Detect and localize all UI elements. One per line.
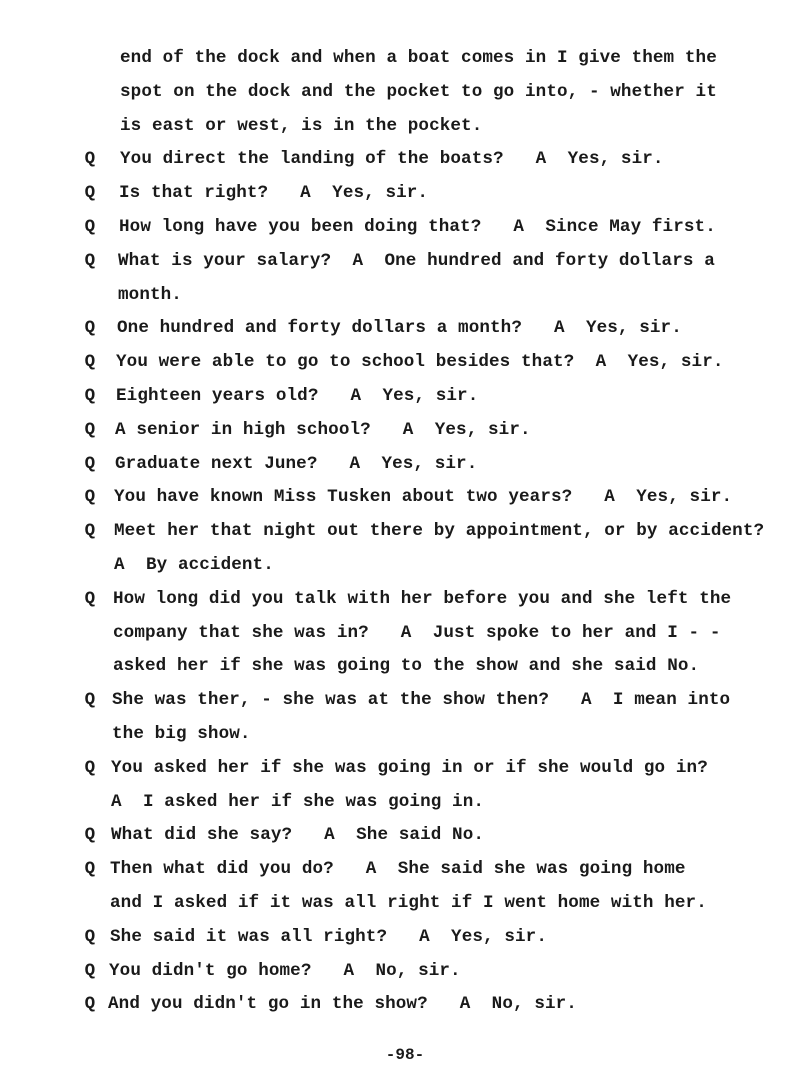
line-text: And you didn't go in the show? A No, sir… bbox=[108, 992, 577, 1016]
line-text: is east or west, is in the pocket. bbox=[120, 114, 482, 138]
question-marker: Q bbox=[80, 181, 100, 205]
line-text: Meet her that night out there by appoint… bbox=[114, 519, 764, 543]
question-marker: Q bbox=[80, 452, 100, 476]
question-marker: Q bbox=[80, 925, 100, 949]
question-marker: Q bbox=[80, 823, 100, 847]
question-marker: Q bbox=[80, 215, 100, 239]
line-text: and I asked if it was all right if I wen… bbox=[110, 891, 707, 915]
line-text: She said it was all right? A Yes, sir. bbox=[110, 925, 547, 949]
transcript-page: end of the dock and when a boat comes in… bbox=[0, 0, 800, 1078]
question-marker: Q bbox=[80, 688, 100, 712]
question-marker: Q bbox=[80, 249, 100, 273]
line-text: How long have you been doing that? A Sin… bbox=[119, 215, 716, 239]
page-number: -98- bbox=[0, 1046, 800, 1064]
question-marker: Q bbox=[80, 587, 100, 611]
question-marker: Q bbox=[80, 959, 100, 983]
line-text: spot on the dock and the pocket to go in… bbox=[120, 80, 717, 104]
line-text: You have known Miss Tusken about two yea… bbox=[114, 485, 732, 509]
line-text: How long did you talk with her before yo… bbox=[113, 587, 731, 611]
line-text: What is your salary? A One hundred and f… bbox=[118, 249, 715, 273]
line-text: You asked her if she was going in or if … bbox=[111, 756, 708, 780]
line-text: end of the dock and when a boat comes in… bbox=[120, 46, 717, 70]
line-text: A By accident. bbox=[114, 553, 274, 577]
question-marker: Q bbox=[80, 418, 100, 442]
question-marker: Q bbox=[80, 147, 100, 171]
line-text: the big show. bbox=[112, 722, 251, 746]
line-text: Is that right? A Yes, sir. bbox=[119, 181, 428, 205]
question-marker: Q bbox=[80, 350, 100, 374]
line-text: You were able to go to school besides th… bbox=[116, 350, 724, 374]
question-marker: Q bbox=[80, 384, 100, 408]
line-text: company that she was in? A Just spoke to… bbox=[113, 621, 721, 645]
line-text: asked her if she was going to the show a… bbox=[113, 654, 699, 678]
line-text: month. bbox=[118, 283, 182, 307]
question-marker: Q bbox=[80, 756, 100, 780]
line-text: What did she say? A She said No. bbox=[111, 823, 484, 847]
line-text: Graduate next June? A Yes, sir. bbox=[115, 452, 477, 476]
line-text: You didn't go home? A No, sir. bbox=[109, 959, 461, 983]
line-text: One hundred and forty dollars a month? A… bbox=[117, 316, 682, 340]
question-marker: Q bbox=[80, 992, 100, 1016]
question-marker: Q bbox=[80, 519, 100, 543]
line-text: Eighteen years old? A Yes, sir. bbox=[116, 384, 478, 408]
question-marker: Q bbox=[80, 485, 100, 509]
question-marker: Q bbox=[80, 316, 100, 340]
question-marker: Q bbox=[80, 857, 100, 881]
line-text: You direct the landing of the boats? A Y… bbox=[120, 147, 664, 171]
line-text: A I asked her if she was going in. bbox=[111, 790, 484, 814]
line-text: Then what did you do? A She said she was… bbox=[110, 857, 686, 881]
line-text: She was ther, - she was at the show then… bbox=[112, 688, 730, 712]
line-text: A senior in high school? A Yes, sir. bbox=[115, 418, 531, 442]
